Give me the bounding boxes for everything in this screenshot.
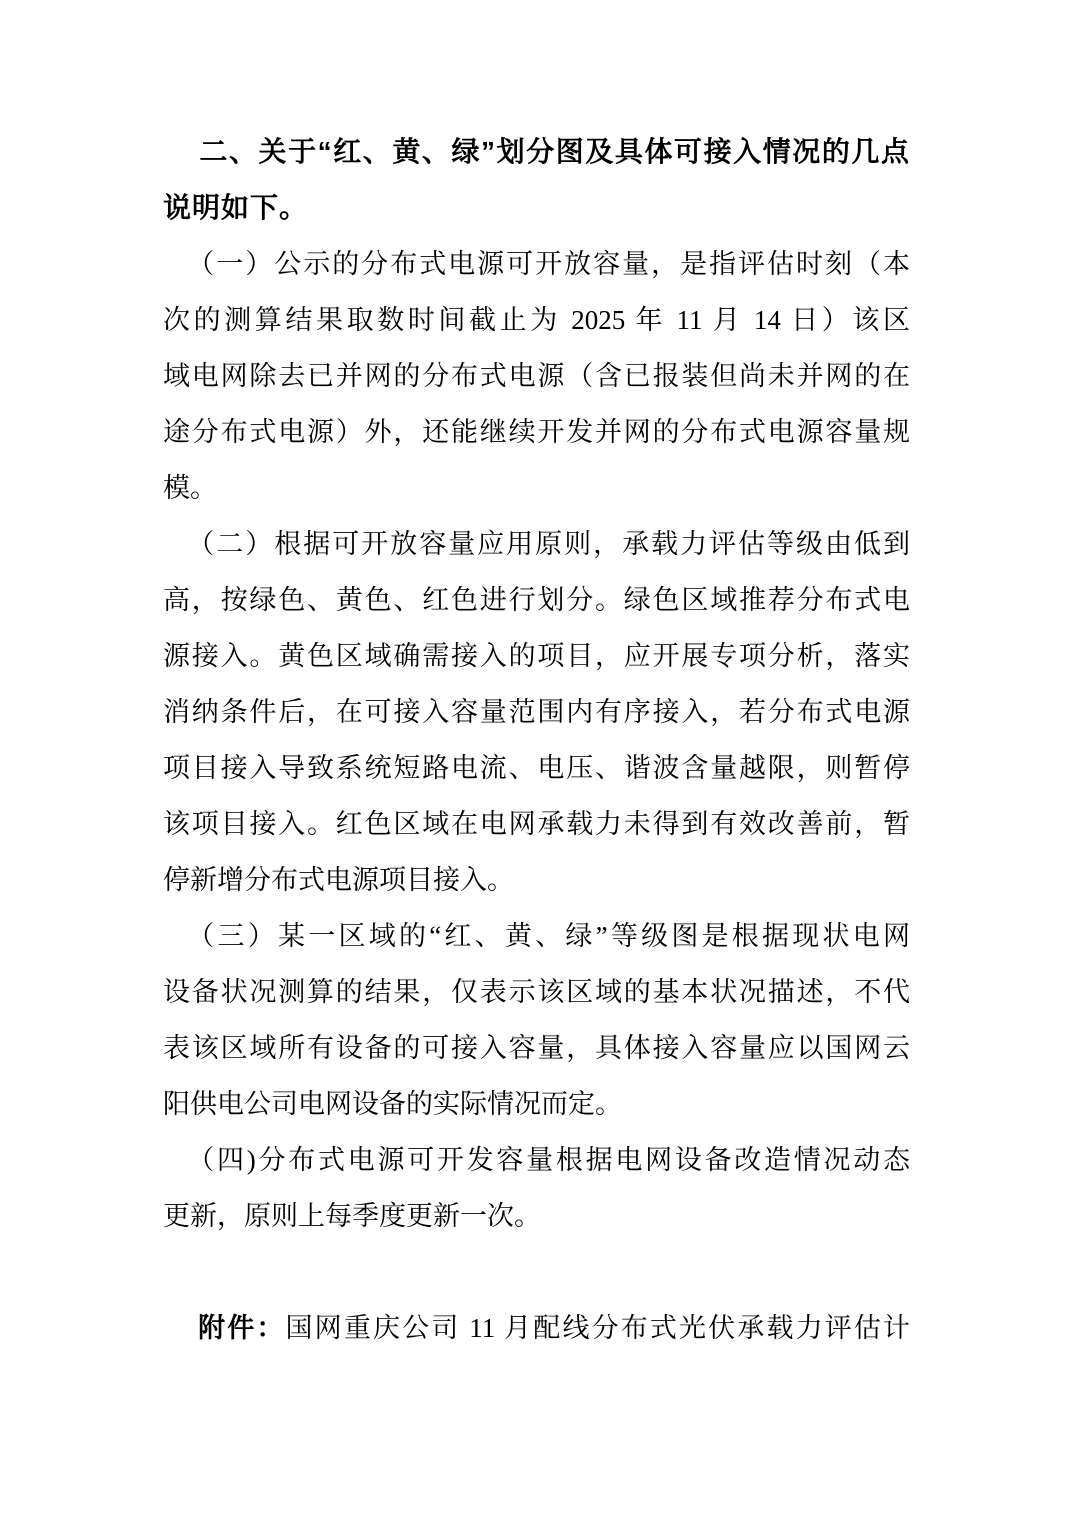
- paragraph-line: 停新增分布式电源项目接入。: [163, 852, 910, 908]
- paragraph-line: 设备状况测算的结果，仅表示该区域的基本状况描述，不代: [163, 964, 910, 1020]
- attachment-line: 附件：国网重庆公司 11 月配线分布式光伏承载力评估计: [163, 1300, 910, 1356]
- paragraph: （四)分布式电源可开发容量根据电网设备改造情况动态更新，原则上每季度更新一次。: [163, 1132, 910, 1244]
- heading-line: 二、关于“红、黄、绿”划分图及具体可接入情况的几点: [163, 124, 910, 180]
- paragraph: （三）某一区域的“红、黄、绿”等级图是根据现状电网设备状况测算的结果，仅表示该区…: [163, 908, 910, 1132]
- document-page: 二、关于“红、黄、绿”划分图及具体可接入情况的几点说明如下。（一）公示的分布式电…: [0, 0, 1074, 1520]
- heading-line: 说明如下。: [163, 180, 910, 236]
- paragraph-line: （三）某一区域的“红、黄、绿”等级图是根据现状电网: [163, 908, 910, 964]
- paragraph-line: （四)分布式电源可开发容量根据电网设备改造情况动态: [163, 1132, 910, 1188]
- paragraph-line: （二）根据可开放容量应用原则，承载力评估等级由低到: [163, 516, 910, 572]
- paragraph-line: 该项目接入。红色区域在电网承载力未得到有效改善前，暂: [163, 796, 910, 852]
- paragraph-line: （一）公示的分布式电源可开放容量，是指评估时刻（本: [163, 236, 910, 292]
- paragraph-line: 次的测算结果取数时间截止为 2025 年 11 月 14 日）该区: [163, 292, 910, 348]
- section-heading: 二、关于“红、黄、绿”划分图及具体可接入情况的几点说明如下。: [163, 124, 910, 236]
- paragraph-line: 域电网除去已并网的分布式电源（含已报装但尚未并网的在: [163, 348, 910, 404]
- paragraph-line: 阳供电公司电网设备的实际情况而定。: [163, 1076, 910, 1132]
- paragraph-line: 模。: [163, 460, 910, 516]
- paragraph-line: 源接入。黄色区域确需接入的项目，应开展专项分析，落实: [163, 628, 910, 684]
- paragraph: （一）公示的分布式电源可开放容量，是指评估时刻（本次的测算结果取数时间截止为 2…: [163, 236, 910, 516]
- attachment-text: 国网重庆公司 11 月配线分布式光伏承载力评估计: [286, 1313, 910, 1343]
- paragraph-line: 更新，原则上每季度更新一次。: [163, 1188, 910, 1244]
- paragraph: （二）根据可开放容量应用原则，承载力评估等级由低到高，按绿色、黄色、红色进行划分…: [163, 516, 910, 908]
- paragraph-line: 消纳条件后，在可接入容量范围内有序接入，若分布式电源: [163, 684, 910, 740]
- paragraph-line: 表该区域所有设备的可接入容量，具体接入容量应以国网云: [163, 1020, 910, 1076]
- document-body: 二、关于“红、黄、绿”划分图及具体可接入情况的几点说明如下。（一）公示的分布式电…: [163, 124, 910, 1244]
- paragraph-line: 途分布式电源）外，还能继续开发并网的分布式电源容量规: [163, 404, 910, 460]
- paragraph-line: 高，按绿色、黄色、红色进行划分。绿色区域推荐分布式电: [163, 572, 910, 628]
- paragraph-line: 项目接入导致系统短路电流、电压、谐波含量越限，则暂停: [163, 740, 910, 796]
- attachment-label: 附件：: [198, 1313, 285, 1343]
